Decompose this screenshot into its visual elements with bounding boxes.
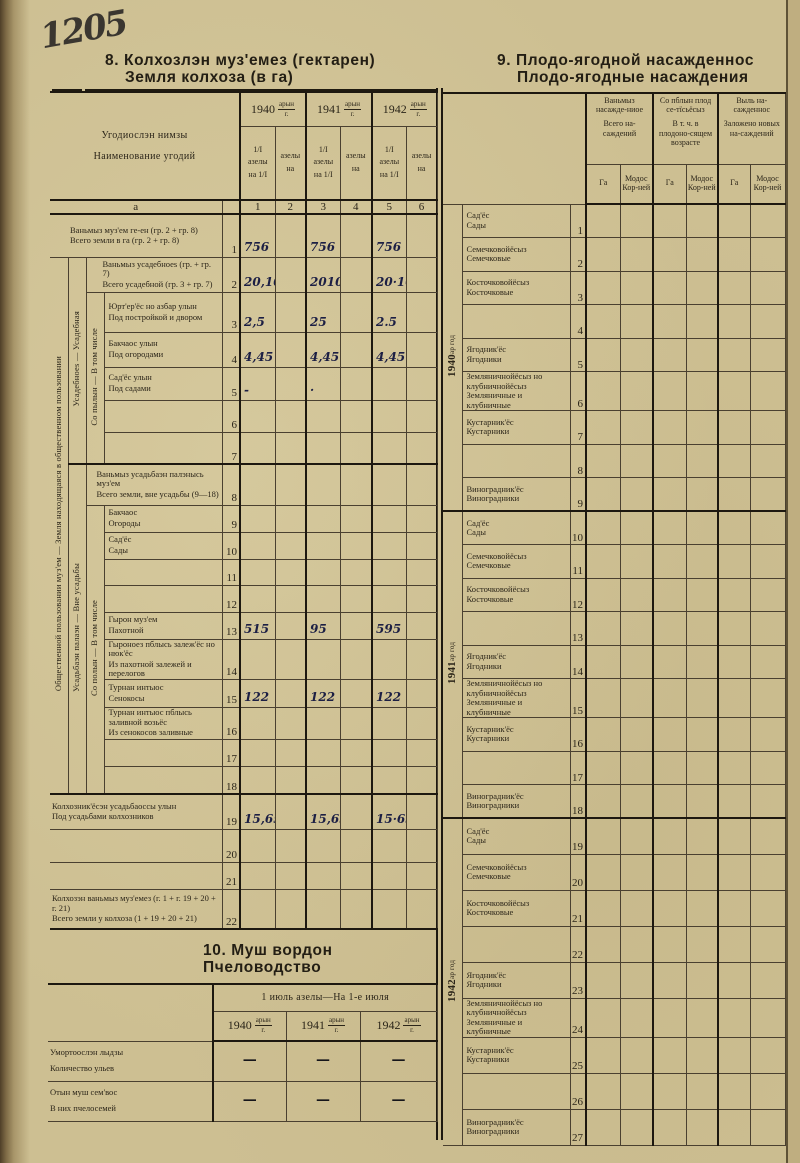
value-cell (275, 889, 306, 929)
value-cell (718, 578, 750, 612)
year-label-1941: 1941ар год (443, 511, 462, 818)
beekeeping-table: 1 июль азелы—На 1-е июля 1940арынг. 1941… (48, 983, 438, 1122)
section9-title: 9. Плодо-ягодной насажденнос Плодо-ягодн… (497, 52, 754, 86)
row-label: КосточковойёсызКосточковые (462, 271, 570, 305)
value-cell (653, 645, 686, 679)
table-row: Колхозник'ёсэн усадьбаоссы улынПод усадь… (50, 794, 437, 829)
row-number: 20 (222, 829, 240, 862)
table-row: Земляничнойёсыз но клубничнойёсызЗемляни… (443, 998, 785, 1037)
row-number: 20 (570, 854, 586, 890)
value-cell (586, 545, 620, 579)
value-cell (275, 400, 306, 432)
row-number: 18 (570, 785, 586, 819)
value-cell (275, 739, 306, 766)
value-cell (240, 829, 275, 862)
value-cell (653, 998, 686, 1037)
header-year-1940: 1940арынг. (240, 92, 306, 126)
value-cell (620, 890, 653, 926)
table-row: Кустарник'ёсКустарники 16 (443, 718, 785, 752)
value-cell (240, 739, 275, 766)
row-number: 27 (570, 1109, 586, 1145)
row-label: Кустарник'ёсКустарники (462, 411, 570, 445)
value-cell (372, 739, 406, 766)
value-cell (686, 545, 718, 579)
page-binding-edge (0, 0, 30, 1163)
value-cell (306, 400, 340, 432)
value-cell: — (286, 1041, 360, 1081)
value-cell (620, 271, 653, 305)
value-cell (686, 578, 718, 612)
table-row: Земляничнойёсыз но клубничнойёсызЗемляни… (443, 372, 785, 411)
row-number: 10 (570, 511, 586, 545)
row-label (104, 766, 222, 794)
value-cell (406, 766, 437, 794)
value-cell (620, 204, 653, 238)
value-cell (586, 478, 620, 512)
value-cell (586, 890, 620, 926)
value-cell (620, 1073, 653, 1109)
column-number: 2 (275, 200, 306, 214)
value-cell (718, 854, 750, 890)
value-cell (340, 505, 372, 532)
value-cell (653, 271, 686, 305)
value-cell (406, 505, 437, 532)
value-cell (686, 411, 718, 445)
value-cell (275, 292, 306, 332)
value-cell (620, 751, 653, 785)
value-cell (372, 505, 406, 532)
value-cell (275, 862, 306, 889)
side-label-incl-outside: Со полын — В том числе (86, 505, 104, 794)
row-label: Виноградник'ёсВиноградники (462, 478, 570, 512)
value-cell (686, 1073, 718, 1109)
row-number: 15 (570, 679, 586, 718)
row-label: Сад'ёсСады (462, 204, 570, 238)
value-cell (372, 367, 406, 400)
table-row: 1942ар год Сад'ёсСады 19 (443, 818, 785, 854)
value-cell (750, 511, 785, 545)
value-cell (406, 585, 437, 612)
value-cell (686, 238, 718, 272)
table-row: 20 (50, 829, 437, 862)
table-row: Кустарник'ёсКустарники 7 (443, 411, 785, 445)
header-roots: МодосКор-ней (750, 164, 785, 204)
next-page-edge (786, 0, 800, 1163)
value-cell (750, 890, 785, 926)
value-cell (275, 707, 306, 739)
row-label: Колхозник'ёсэн усадьбаоссы улынПод усадь… (50, 794, 222, 829)
value-cell (372, 707, 406, 739)
value-cell (406, 432, 437, 464)
table-row: 22 (443, 926, 785, 962)
value-cell (340, 766, 372, 794)
value-cell (275, 585, 306, 612)
value-cell (340, 639, 372, 679)
row-number: 17 (222, 739, 240, 766)
value-cell (340, 679, 372, 707)
value-cell (586, 578, 620, 612)
row-label (50, 829, 222, 862)
value-cell (372, 532, 406, 559)
value-cell (750, 271, 785, 305)
row-number: 25 (570, 1037, 586, 1073)
value-cell (275, 612, 306, 639)
table-row: Умортоослэн лыдзыКоличество ульев — — — (48, 1041, 437, 1081)
header-sub-start: 1/Iазелына 1/I (240, 126, 275, 200)
value-cell (653, 718, 686, 752)
header-sub-start: 1/Iазелына 1/I (372, 126, 406, 200)
value-cell (406, 862, 437, 889)
value-cell (750, 998, 785, 1037)
row-label: Виноградник'ёсВиноградники (462, 1109, 570, 1145)
value-cell (620, 998, 653, 1037)
value-cell (372, 639, 406, 679)
table-row: 4 (443, 305, 785, 339)
table-row: Колхозэн ваньмыз муз'емез (г. 1 + г. 19 … (50, 889, 437, 929)
value-cell (306, 739, 340, 766)
value-cell (586, 818, 620, 854)
row-label: КосточковойёсызКосточковые (462, 578, 570, 612)
row-number: 14 (570, 645, 586, 679)
row-label: Сад'ёс улынПод садами (104, 367, 222, 400)
value-cell (586, 411, 620, 445)
table-row: 1941ар год Сад'ёсСады 10 (443, 511, 785, 545)
table-row: Гыроноез пблысь залеж'ёс но нюк'ёсИз пах… (50, 639, 437, 679)
row-number: 2 (570, 238, 586, 272)
table-row: Ягодник'ёсЯгодники 14 (443, 645, 785, 679)
table-row: 6 (50, 400, 437, 432)
value-cell: 2.5 (372, 292, 406, 332)
value-cell (653, 578, 686, 612)
row-number: 1 (570, 204, 586, 238)
row-label (462, 751, 570, 785)
value-cell: 515 (240, 612, 275, 639)
row-number: 12 (222, 585, 240, 612)
value-cell (240, 432, 275, 464)
header-sub-end: азелына (275, 126, 306, 200)
value-cell (686, 854, 718, 890)
row-number: 3 (570, 271, 586, 305)
value-cell (340, 889, 372, 929)
value-cell (718, 679, 750, 718)
table-row: 8 (443, 444, 785, 478)
value-cell (620, 238, 653, 272)
section8-title-ru: Земля колхоза (в га) (105, 69, 375, 86)
value-cell (586, 444, 620, 478)
value-cell (718, 338, 750, 372)
value-cell (620, 854, 653, 890)
value-cell (718, 818, 750, 854)
value-cell (406, 794, 437, 829)
value-cell (340, 532, 372, 559)
row-number: 13 (222, 612, 240, 639)
value-cell (340, 612, 372, 639)
row-number: 3 (222, 292, 240, 332)
value-cell (686, 962, 718, 998)
value-cell (586, 204, 620, 238)
row-label: Кустарник'ёсКустарники (462, 1037, 570, 1073)
value-cell (686, 511, 718, 545)
value-cell (750, 578, 785, 612)
value-cell (750, 962, 785, 998)
row-label (462, 305, 570, 339)
value-cell (340, 829, 372, 862)
value-cell (653, 785, 686, 819)
value-cell (306, 559, 340, 585)
side-label-public: Общественной пользовании муз'ем — Земля … (50, 257, 68, 794)
value-cell (750, 854, 785, 890)
year-label-1940: 1940ар год (443, 204, 462, 511)
value-cell (686, 679, 718, 718)
value-cell (306, 585, 340, 612)
value-cell (340, 292, 372, 332)
value-cell (653, 612, 686, 646)
row-number: 1 (222, 214, 240, 257)
header-ga: Га (718, 164, 750, 204)
table-row: Ваньмыз муз'ем ге-ен (гр. 2 + гр. 8)Всег… (50, 214, 437, 257)
table-row: СемечковойёсызСемечковые 20 (443, 854, 785, 890)
value-cell: 122 (306, 679, 340, 707)
row-label: Ягодник'ёсЯгодники (462, 338, 570, 372)
row-label: КосточковойёсызКосточковые (462, 890, 570, 926)
value-cell (372, 889, 406, 929)
row-label: Турнан интыосСенокосы (104, 679, 222, 707)
value-cell (653, 854, 686, 890)
value-cell (586, 1109, 620, 1145)
value-cell (750, 444, 785, 478)
value-cell (750, 305, 785, 339)
header-group-fruiting: Со пблын плод се-тїсьёсызВ т. ч. в плодо… (653, 93, 718, 164)
value-cell (275, 464, 306, 505)
value-cell (718, 612, 750, 646)
section9-title-udm: 9. Плодо-ягодной насажденнос (497, 52, 754, 69)
row-label (104, 432, 222, 464)
value-cell (275, 766, 306, 794)
value-cell (275, 639, 306, 679)
value-cell (653, 204, 686, 238)
value-cell (586, 854, 620, 890)
value-cell (686, 444, 718, 478)
row-label: Земляничнойёсыз но клубничнойёсызЗемляни… (462, 998, 570, 1037)
value-cell (686, 612, 718, 646)
row-number: 11 (570, 545, 586, 579)
value-cell (340, 707, 372, 739)
value-cell (586, 1037, 620, 1073)
value-cell (686, 338, 718, 372)
table-row: 7 (50, 432, 437, 464)
value-cell (275, 257, 306, 292)
table-row: КосточковойёсызКосточковые 21 (443, 890, 785, 926)
value-cell (372, 400, 406, 432)
table-row: 26 (443, 1073, 785, 1109)
header-year-1942: 1942арынг. (360, 1011, 437, 1041)
value-cell (406, 829, 437, 862)
value-cell (750, 612, 785, 646)
value-cell (718, 890, 750, 926)
value-cell (620, 818, 653, 854)
value-cell (406, 464, 437, 505)
value-cell: — (286, 1081, 360, 1121)
row-label: Умортоослэн лыдзыКоличество ульев (48, 1041, 213, 1081)
row-label: Ягодник'ёсЯгодники (462, 962, 570, 998)
header-sub-start: 1/Iазелына 1/I (306, 126, 340, 200)
value-cell (372, 766, 406, 794)
value-cell (686, 751, 718, 785)
row-number: 21 (570, 890, 586, 926)
value-cell (306, 464, 340, 505)
row-number: 9 (222, 505, 240, 532)
value-cell (240, 532, 275, 559)
value-cell (718, 238, 750, 272)
value-cell: 122 (240, 679, 275, 707)
table-row: Виноградник'ёсВиноградники 9 (443, 478, 785, 512)
value-cell (686, 926, 718, 962)
value-cell (620, 511, 653, 545)
value-cell (306, 505, 340, 532)
row-number: 22 (570, 926, 586, 962)
row-number: 22 (222, 889, 240, 929)
value-cell (406, 367, 437, 400)
table-row: Гырон муз'емПахотной 13 515 95 595 (50, 612, 437, 639)
row-number: 7 (222, 432, 240, 464)
row-number: 16 (222, 707, 240, 739)
value-cell (686, 785, 718, 819)
column-number: 3 (306, 200, 340, 214)
row-number: 18 (222, 766, 240, 794)
row-label: Земляничнойёсыз но клубничнойёсызЗемляни… (462, 679, 570, 718)
row-number: 17 (570, 751, 586, 785)
row-label (462, 926, 570, 962)
value-cell (653, 818, 686, 854)
section10-title-ru: Пчеловодство (203, 959, 333, 976)
row-number: 4 (570, 305, 586, 339)
value-cell (718, 444, 750, 478)
value-cell (718, 998, 750, 1037)
value-cell (620, 612, 653, 646)
value-cell (586, 679, 620, 718)
value-cell (586, 718, 620, 752)
row-label (104, 559, 222, 585)
value-cell: — (213, 1041, 286, 1081)
value-cell (406, 559, 437, 585)
value-cell (750, 679, 785, 718)
value-cell (406, 707, 437, 739)
value-cell (620, 785, 653, 819)
value-cell (275, 505, 306, 532)
column-number: 1 (240, 200, 275, 214)
value-cell (340, 794, 372, 829)
value-cell (750, 785, 785, 819)
table-row: Со пылын — В том числе Юрт'ер'ёс но азба… (50, 292, 437, 332)
value-cell (340, 464, 372, 505)
header-blank (48, 984, 213, 1041)
value-cell (306, 432, 340, 464)
value-cell (718, 372, 750, 411)
value-cell (686, 718, 718, 752)
table-row: 12 (50, 585, 437, 612)
table-row: Виноградник'ёсВиноградники 18 (443, 785, 785, 819)
header-sub-end: азелына (406, 126, 437, 200)
value-cell (306, 639, 340, 679)
row-number: 11 (222, 559, 240, 585)
value-cell (653, 411, 686, 445)
year-label-1942: 1942ар год (443, 818, 462, 1145)
value-cell (586, 962, 620, 998)
side-label-incl-estate: Со пылын — В том числе (86, 292, 104, 464)
table-row: КосточковойёсызКосточковые 3 (443, 271, 785, 305)
header-blank (443, 93, 586, 204)
land-table: Угодиослэн нимзы Наименование угодий 194… (50, 91, 438, 930)
value-cell (240, 585, 275, 612)
value-cell (620, 444, 653, 478)
section8-title: 8. Колхозлэн муз'емез (гектарен) Земля к… (105, 52, 375, 86)
header-ga: Га (586, 164, 620, 204)
section10-title-udm: 10. Муш вордон (203, 942, 333, 959)
row-number: 10 (222, 532, 240, 559)
column-number: 5 (372, 200, 406, 214)
value-cell (340, 862, 372, 889)
value-cell (306, 862, 340, 889)
value-cell (275, 532, 306, 559)
value-cell: 756 (240, 214, 275, 257)
value-cell (686, 890, 718, 926)
value-cell (750, 1037, 785, 1073)
value-cell (750, 338, 785, 372)
header-group-new: Выль на-сажденносЗаложено новых на-сажде… (718, 93, 785, 164)
value-cell (340, 400, 372, 432)
row-label: Ваньмыз усадебноеѕ (гр. + гр. 7)Всего ус… (86, 257, 222, 292)
section8-title-udm: 8. Колхозлэн муз'емез (гектарен) (105, 52, 375, 69)
value-cell (653, 511, 686, 545)
row-number: 6 (222, 400, 240, 432)
row-number: 23 (570, 962, 586, 998)
row-number: 8 (222, 464, 240, 505)
value-cell (340, 585, 372, 612)
value-cell (718, 478, 750, 512)
table-row: Земляничнойёсыз но клубничнойёсызЗемляни… (443, 679, 785, 718)
value-cell (240, 400, 275, 432)
value-cell (718, 1109, 750, 1145)
row-number: 9 (570, 478, 586, 512)
value-cell (340, 214, 372, 257)
table-row: Ягодник'ёсЯгодники 23 (443, 962, 785, 998)
table-row: Отын муш сем'восВ них пчелосемей — — — (48, 1081, 437, 1121)
value-cell (750, 818, 785, 854)
value-cell (750, 1109, 785, 1145)
value-cell: — (360, 1041, 437, 1081)
value-cell (340, 432, 372, 464)
value-cell: 20,10 (240, 257, 275, 292)
value-cell (718, 305, 750, 339)
table-row: Турнан интыосСенокосы 15 122 122 122 (50, 679, 437, 707)
row-label: Ваньмыз усадьбаэн палэнысь муз'емВсего з… (86, 464, 222, 505)
value-cell (372, 559, 406, 585)
value-cell: · (306, 367, 340, 400)
orchards-table: Ваньмыз насажде-ниоеВсего на-саждений Со… (443, 92, 786, 1146)
value-cell (306, 707, 340, 739)
value-cell (653, 238, 686, 272)
row-number: 19 (570, 818, 586, 854)
value-cell: 4,45 (240, 332, 275, 367)
value-cell (620, 545, 653, 579)
value-cell (718, 1037, 750, 1073)
value-cell: 595 (372, 612, 406, 639)
header-year-1941: 1941арынг. (306, 92, 372, 126)
value-cell (620, 411, 653, 445)
value-cell (718, 204, 750, 238)
value-cell (406, 532, 437, 559)
column-number: 4 (340, 200, 372, 214)
